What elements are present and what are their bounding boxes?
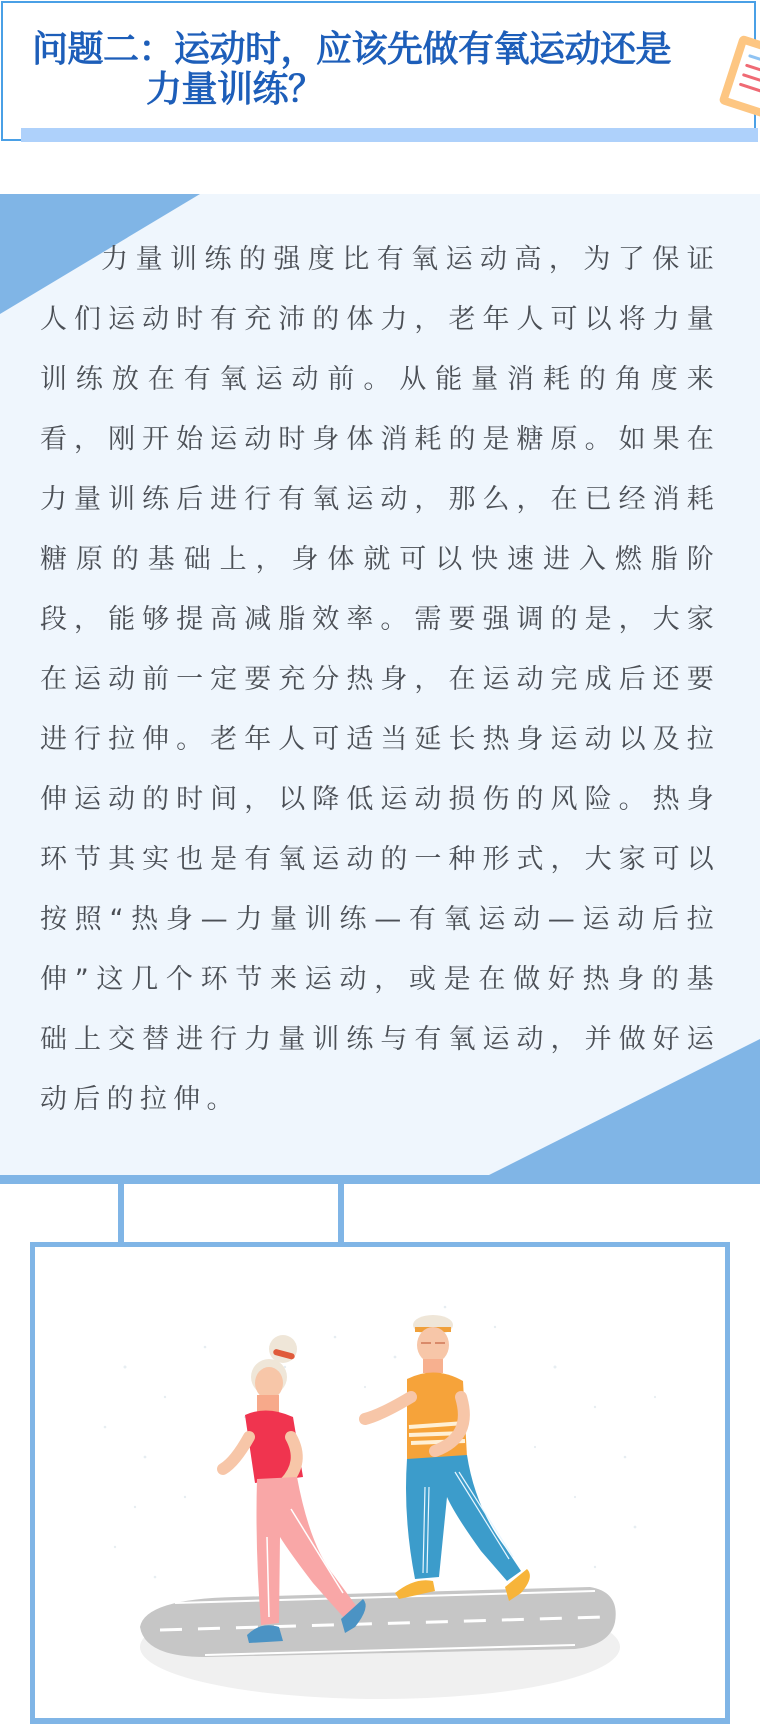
- connector-left: [118, 1182, 124, 1244]
- title-line-1: 问题二：运动时，应该先做有氧运动还是: [32, 29, 671, 70]
- jogging-couple-illustration: [35, 1247, 725, 1719]
- article-panel: 力量训练的强度比有氧运动高，为了保证人们运动时有充沛的体力，老年人可以将力量训练…: [0, 194, 760, 1177]
- article-paragraph: 力量训练的强度比有氧运动高，为了保证人们运动时有充沛的体力，老年人可以将力量训练…: [40, 230, 720, 1130]
- header-underline-bar: [21, 128, 758, 142]
- panel-bottom-bar: [0, 1175, 760, 1184]
- speckle-background: [104, 1306, 656, 1579]
- title-line-2: 力量训练？: [32, 70, 692, 110]
- connector-right: [338, 1182, 344, 1244]
- man-jogger: [365, 1315, 530, 1601]
- illustration-frame: [30, 1242, 730, 1724]
- article-text: 力量训练的强度比有氧运动高，为了保证人们运动时有充沛的体力，老年人可以将力量训练…: [40, 244, 720, 1115]
- page-title: 问题二：运动时，应该先做有氧运动还是 力量训练？: [32, 30, 692, 110]
